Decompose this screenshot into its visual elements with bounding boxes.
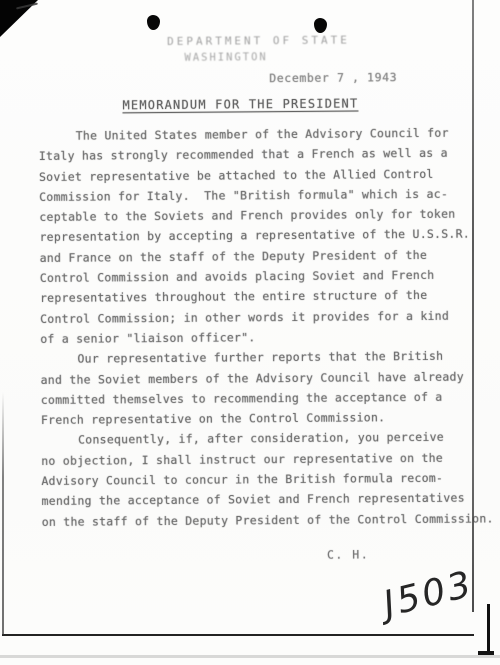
page-edge-right-lower — [487, 604, 490, 652]
letterhead-line1: DEPARTMENT OF STATE — [156, 33, 361, 48]
scanned-document-page: DEPARTMENT OF STATE WASHINGTON December … — [0, 0, 500, 665]
signature-initials: C. H. — [327, 547, 369, 561]
page-edge-left — [2, 392, 4, 635]
paragraph-1: The United States member of the Advisory… — [39, 123, 475, 350]
text-line: Control Commission; in other words it pr… — [40, 305, 474, 329]
memo-title: MEMORANDUM FOR THE PRESIDENT — [122, 96, 358, 112]
paragraph-2: Our representative further reports that … — [40, 346, 475, 431]
text-line: Our representative further reports that … — [40, 346, 474, 370]
scan-edge-bottom-dash — [478, 651, 494, 655]
typed-content: DEPARTMENT OF STATE WASHINGTON December … — [0, 0, 500, 665]
memo-body: The United States member of the Advisory… — [39, 123, 476, 532]
scan-edge-bottom-outer — [0, 655, 500, 658]
page-edge-bottom — [2, 634, 474, 636]
paragraph-3: Consequently, if, after consideration, y… — [41, 427, 476, 532]
letterhead-line2: WASHINGTON — [126, 51, 326, 65]
text-line: on the staff of the Deputy President of … — [42, 508, 476, 532]
page-edge-right — [472, 0, 474, 612]
date-line: December 7 , 1943 — [269, 70, 397, 85]
text-line: committed themselves to recommending the… — [41, 386, 475, 410]
text-line: Italy has strongly recommended that a Fr… — [39, 143, 473, 167]
